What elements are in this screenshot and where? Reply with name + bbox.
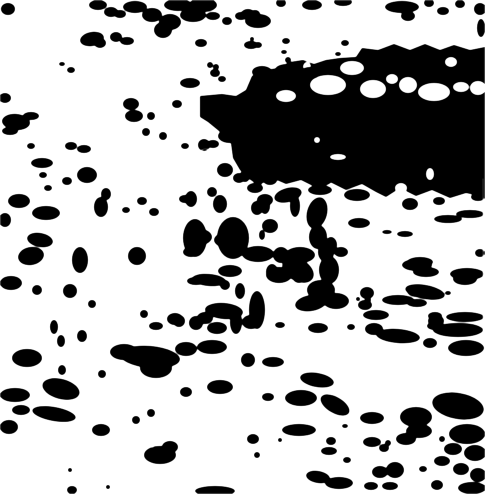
ink-blob bbox=[32, 285, 42, 295]
mass-hole bbox=[330, 154, 346, 160]
ink-blob bbox=[344, 189, 370, 201]
ink-blob bbox=[31, 158, 53, 168]
ink-blob bbox=[114, 10, 126, 18]
ink-blob bbox=[433, 197, 445, 205]
ink-blob bbox=[372, 466, 388, 478]
ink-blob bbox=[218, 76, 226, 82]
ink-blob bbox=[263, 175, 277, 185]
ink-blob bbox=[245, 14, 271, 28]
ink-blob bbox=[321, 447, 337, 455]
ink-blob bbox=[218, 265, 242, 277]
ink-blob bbox=[308, 185, 332, 195]
ink-blob bbox=[444, 443, 462, 455]
ink-blob bbox=[197, 312, 213, 324]
mass-hole bbox=[445, 57, 457, 67]
ink-blob bbox=[285, 390, 317, 406]
ink-blob bbox=[162, 441, 178, 453]
ink-blob bbox=[431, 480, 443, 490]
ink-blob bbox=[347, 324, 355, 330]
ink-blob bbox=[356, 297, 360, 301]
ink-blob bbox=[89, 0, 107, 10]
ink-blob bbox=[123, 1, 147, 13]
mass-hole bbox=[360, 80, 386, 98]
ink-blob bbox=[348, 218, 370, 228]
ink-blob bbox=[332, 173, 348, 183]
ink-blob bbox=[240, 170, 250, 182]
ink-blob bbox=[72, 247, 88, 273]
ink-blob bbox=[325, 477, 353, 489]
ink-blob bbox=[382, 482, 398, 490]
ink-blob bbox=[262, 219, 278, 233]
ink-blob bbox=[335, 52, 341, 56]
ink-blob bbox=[477, 19, 485, 37]
ink-blob bbox=[360, 412, 384, 424]
ink-blob bbox=[122, 207, 130, 213]
ink-blob bbox=[455, 0, 465, 8]
ink-blob bbox=[207, 187, 217, 197]
ink-blob bbox=[1, 3, 15, 15]
ink-blob bbox=[434, 456, 450, 466]
ink-blob bbox=[293, 273, 305, 283]
ink-blob bbox=[282, 38, 290, 44]
ink-blob bbox=[67, 486, 77, 494]
ink-blob bbox=[254, 42, 262, 48]
ink-blob bbox=[12, 349, 42, 367]
binary-image-svg bbox=[0, 0, 485, 494]
ink-blob bbox=[445, 291, 451, 295]
ink-blob bbox=[173, 315, 185, 327]
ink-blob bbox=[27, 143, 35, 149]
ink-blob bbox=[235, 283, 245, 299]
ink-blob bbox=[385, 1, 419, 13]
ink-blob bbox=[278, 438, 282, 442]
ink-blob bbox=[382, 230, 392, 234]
ink-blob bbox=[285, 57, 291, 63]
ink-blob bbox=[456, 210, 484, 218]
ink-blob bbox=[50, 320, 58, 334]
ink-blob bbox=[63, 284, 77, 298]
ink-blob bbox=[259, 230, 265, 240]
ink-blob bbox=[290, 195, 300, 217]
ink-blob bbox=[94, 197, 108, 217]
ink-blob bbox=[254, 452, 260, 458]
ink-blob bbox=[77, 145, 91, 153]
ink-blob bbox=[458, 482, 485, 494]
ink-blob bbox=[400, 407, 432, 427]
ink-blob bbox=[23, 112, 39, 120]
ink-blob bbox=[213, 195, 227, 213]
ink-blob bbox=[319, 256, 339, 284]
ink-blob bbox=[140, 310, 148, 318]
ink-blob bbox=[206, 12, 220, 20]
ink-blob bbox=[77, 167, 97, 183]
ink-blob bbox=[92, 424, 110, 436]
ink-blob bbox=[0, 388, 30, 402]
ink-blob bbox=[106, 485, 110, 489]
ink-blob bbox=[365, 297, 371, 303]
mass-hole bbox=[340, 61, 364, 75]
ink-blob bbox=[217, 163, 233, 177]
ink-blob bbox=[343, 457, 351, 463]
ink-blob bbox=[137, 197, 147, 205]
ink-blob bbox=[401, 11, 415, 21]
ink-blob bbox=[262, 393, 274, 401]
ink-blob bbox=[12, 405, 30, 415]
mass-hole bbox=[453, 82, 469, 92]
ink-blob bbox=[364, 482, 378, 490]
ink-blob bbox=[281, 50, 287, 54]
mass-hole bbox=[418, 83, 450, 101]
ink-blob bbox=[65, 142, 77, 150]
ink-blob bbox=[439, 436, 445, 442]
ink-blob bbox=[247, 434, 259, 444]
ink-blob bbox=[262, 357, 284, 367]
ink-blob bbox=[59, 62, 65, 66]
ink-blob bbox=[218, 129, 242, 143]
ink-blob bbox=[449, 424, 485, 444]
ink-blob bbox=[207, 62, 213, 68]
ink-blob bbox=[207, 140, 219, 148]
ink-blob bbox=[285, 247, 315, 263]
mass-hole bbox=[426, 168, 434, 180]
ink-blob bbox=[407, 285, 427, 297]
ink-blob bbox=[140, 358, 172, 378]
ink-blob bbox=[242, 315, 260, 329]
ink-blob bbox=[252, 66, 272, 78]
ink-blob bbox=[180, 387, 192, 397]
ink-blob bbox=[175, 342, 197, 356]
ink-blob bbox=[260, 198, 270, 214]
mass-hole bbox=[395, 183, 407, 193]
mass-hole bbox=[399, 77, 417, 93]
ink-blob bbox=[125, 110, 143, 122]
ink-blob bbox=[402, 259, 432, 271]
ink-blob bbox=[453, 463, 469, 475]
ink-blob bbox=[57, 335, 65, 347]
ink-blob bbox=[241, 353, 255, 367]
ink-blob bbox=[88, 300, 96, 308]
ink-blob bbox=[419, 466, 427, 472]
ink-blob bbox=[98, 370, 106, 378]
ink-blob bbox=[433, 323, 483, 337]
ink-blob bbox=[423, 338, 437, 348]
ink-blob bbox=[382, 295, 414, 305]
ink-blob bbox=[132, 416, 140, 424]
ink-blob bbox=[308, 323, 328, 333]
ink-blob bbox=[242, 246, 274, 262]
ink-blob bbox=[302, 0, 322, 10]
ink-blob bbox=[67, 67, 75, 73]
ink-blob bbox=[149, 208, 159, 216]
ink-blob bbox=[207, 322, 227, 334]
ink-blob bbox=[58, 365, 66, 375]
ink-blob bbox=[386, 462, 404, 478]
ink-blob bbox=[128, 247, 146, 265]
ink-blob bbox=[62, 177, 72, 185]
ink-blob bbox=[39, 172, 47, 178]
ink-blob bbox=[230, 310, 242, 334]
mass-hole bbox=[386, 74, 398, 84]
ink-blob bbox=[402, 198, 418, 210]
binarized-photo bbox=[0, 0, 485, 494]
ink-blob bbox=[147, 112, 155, 120]
ink-blob bbox=[342, 424, 348, 428]
ink-blob bbox=[32, 206, 60, 220]
ink-blob bbox=[308, 174, 332, 186]
ink-blob bbox=[341, 40, 349, 46]
mass-hole bbox=[314, 137, 320, 143]
ink-blob bbox=[448, 340, 484, 356]
ink-blob bbox=[0, 420, 18, 434]
ink-blob bbox=[326, 437, 336, 445]
ink-blob bbox=[8, 194, 30, 208]
ink-blob bbox=[172, 100, 182, 108]
ink-blob bbox=[275, 64, 299, 76]
ink-blob bbox=[147, 409, 155, 417]
ink-blob bbox=[2, 127, 18, 135]
ink-blob bbox=[181, 143, 189, 149]
ink-blob bbox=[406, 424, 432, 438]
ink-blob bbox=[363, 437, 381, 447]
ink-blob bbox=[437, 7, 449, 15]
ink-blob bbox=[222, 17, 232, 25]
ink-blob bbox=[77, 330, 87, 342]
ink-blob bbox=[142, 8, 162, 22]
ink-blob bbox=[123, 98, 139, 110]
ink-blob bbox=[207, 380, 233, 394]
ink-blob bbox=[334, 247, 348, 257]
ink-blob bbox=[266, 264, 278, 280]
ink-blob bbox=[94, 38, 106, 48]
ink-blob bbox=[282, 424, 316, 436]
ink-blob bbox=[450, 268, 484, 280]
ink-blob bbox=[363, 310, 389, 320]
ink-blob bbox=[397, 231, 413, 237]
ink-blob bbox=[159, 132, 167, 140]
ink-blob bbox=[250, 37, 254, 41]
ink-blob bbox=[195, 39, 207, 47]
ink-blob bbox=[275, 322, 285, 328]
ink-blob bbox=[149, 322, 163, 330]
ink-blob bbox=[464, 445, 485, 461]
ink-blob bbox=[385, 440, 391, 446]
ink-blob bbox=[183, 247, 199, 257]
ink-blob bbox=[197, 340, 227, 354]
ink-blob bbox=[154, 22, 172, 38]
ink-blob bbox=[434, 215, 462, 223]
ink-blob bbox=[44, 185, 52, 191]
ink-blob bbox=[247, 183, 263, 193]
ink-blob bbox=[120, 37, 134, 45]
ink-blob bbox=[323, 293, 349, 309]
ink-blob bbox=[446, 312, 484, 322]
ink-blob bbox=[0, 276, 22, 290]
ink-blob bbox=[210, 69, 220, 77]
mass-hole bbox=[276, 90, 296, 102]
ink-blob bbox=[300, 67, 320, 79]
ink-blob bbox=[185, 191, 197, 207]
ink-blob bbox=[180, 78, 200, 88]
ink-blob bbox=[68, 468, 72, 472]
ink-blob bbox=[142, 128, 150, 136]
